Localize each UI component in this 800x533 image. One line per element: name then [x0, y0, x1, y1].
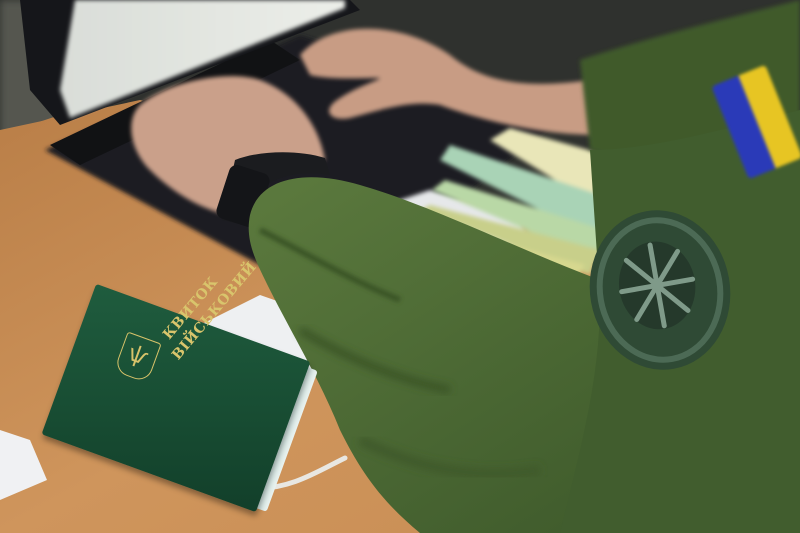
photo-scene: ѱ ВІЙСЬКОВИЙ КВИТОК: [0, 0, 800, 533]
trident-emblem-icon: ѱ: [113, 332, 161, 384]
